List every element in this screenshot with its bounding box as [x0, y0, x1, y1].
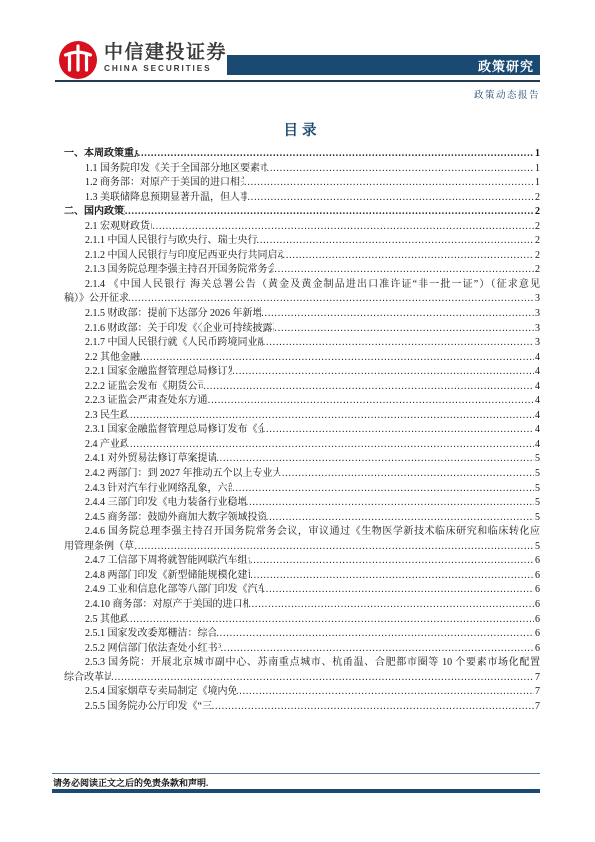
category-bar: 政策研究 — [227, 55, 540, 75]
toc-entry[interactable]: 2.4.3 针对汽车行业网络乱象，六部门联合开展专项整治行动5 — [64, 482, 540, 497]
toc-leader-dots — [152, 220, 534, 235]
toc-leader-dots — [212, 700, 534, 715]
toc-entry[interactable]: 2.4.8 两部门印发《新型储能规模化建设专项行动方案（2025-2027 年）… — [64, 569, 540, 584]
toc-entry-text: 2.5.2 网信部门依法查处小红书平台破坏网络生态案件 — [64, 642, 221, 657]
toc-page-number: 1 — [534, 147, 540, 162]
toc-entry[interactable]: 2.5 其他政策6 — [64, 613, 540, 628]
toc-entry-text: 综合改革试点 — [64, 671, 111, 686]
toc-entry-text: 2.4.4 三部门印发《电力装备行业稳增长工作方案（2025—2026 年）》 — [64, 496, 246, 511]
toc-page-number: 4 — [534, 394, 540, 409]
toc-entry[interactable]: 2.4.6 国务院总理李强主持召开国务院常务会议，审议通过《生物医学新技术临床研… — [64, 525, 540, 540]
toc-entry[interactable]: 2.3.1 国家金融监督管理总局修订发布《金融机构消费者权益保护监管评价办法》4 — [64, 423, 540, 438]
company-logo: 中信建投证券 CHINA SECURITIES — [58, 40, 227, 80]
toc-page-number: 6 — [534, 613, 540, 628]
toc-page-number: 7 — [534, 700, 540, 715]
toc-entry-text: 2.4 产业政策 — [64, 438, 127, 453]
toc-leader-dots — [208, 394, 534, 409]
toc-leader-dots — [127, 613, 534, 628]
toc-leader-dots — [128, 292, 534, 307]
toc-entry[interactable]: 2.2.1 国家金融监督管理总局修订发布《信托公司管理办法》4 — [64, 365, 540, 380]
toc-entry[interactable]: 2.4.9 工业和信息化部等八部门印发《汽车行业稳增长工作方案(2025—202… — [64, 583, 540, 598]
toc-leader-dots — [248, 598, 534, 613]
toc-entry[interactable]: 稿）》公开征求意见3 — [64, 292, 540, 307]
toc-entry-text: 2.2 其他金融政策 — [64, 351, 140, 366]
toc-page-number: 4 — [534, 365, 540, 380]
toc-entry[interactable]: 2.4 产业政策4 — [64, 438, 540, 453]
toc-entry[interactable]: 二、国内政策要闻2 — [64, 205, 540, 220]
toc-leader-dots — [244, 176, 534, 191]
toc-page-number: 4 — [534, 438, 540, 453]
toc-leader-dots — [127, 438, 534, 453]
toc-page-number: 2 — [534, 263, 540, 278]
toc-page-number: 1 — [534, 176, 540, 191]
toc-leader-dots — [127, 409, 534, 424]
toc-entry[interactable]: 2.4.10 商务部：对原产于美国的进口相关模拟芯片发起反倾销立案调查6 — [64, 598, 540, 613]
toc-page-number: 5 — [534, 452, 540, 467]
toc-leader-dots — [283, 249, 534, 264]
toc-leader-dots — [247, 191, 534, 206]
toc-entry[interactable]: 2.4.2 两部门：到 2027 年推动五个以上专业大模型在电网、发电、煤炭、油… — [64, 467, 540, 482]
toc-entry-text: 2.1.7 中国人民银行就《人民币跨境同业融资业务有关事宜的通知》公开征求意见 — [64, 336, 263, 351]
toc-entry-text: 2.1.2 中国人民银行与印度尼西亚央行共同启动双边交易本币结算框架和二维码互联… — [64, 249, 283, 264]
footer-bottom-rule — [52, 789, 540, 793]
toc-page-number: 6 — [534, 642, 540, 657]
toc-page-number: 6 — [534, 627, 540, 642]
toc-entry[interactable]: 综合改革试点7 — [64, 671, 540, 686]
toc-leader-dots — [138, 147, 534, 162]
toc-leader-dots — [135, 540, 534, 555]
toc-entry[interactable]: 2.2.3 证监会严肃查处东方通严重财务造假案件4 — [64, 394, 540, 409]
toc-entry-text: 1.3 美联储降息预期显著升温，但人事卡位战给 9 月议息会议增添变数 — [64, 191, 247, 206]
toc-entry[interactable]: 2.5.4 国家烟草专卖局制定《境内免税市场烟草制品管理办法》7 — [64, 685, 540, 700]
toc-page-number: 2 — [534, 191, 540, 206]
toc-page-number: 4 — [534, 380, 540, 395]
toc-entry[interactable]: 1.3 美联储降息预期显著升温，但人事卡位战给 9 月议息会议增添变数2 — [64, 191, 540, 206]
toc-leader-dots — [263, 336, 534, 351]
toc-entry[interactable]: 2.4.1 对外贸易法修订草案提请全国人大常委会审议5 — [64, 452, 540, 467]
toc-page-number: 4 — [534, 351, 540, 366]
toc-entry-text: 2.2.2 证监会发布《期货公司分类评价规定》 — [64, 380, 203, 395]
toc-entry[interactable]: 2.2.2 证监会发布《期货公司分类评价规定》4 — [64, 380, 540, 395]
toc-entry-text: 2.4.2 两部门：到 2027 年推动五个以上专业大模型在电网、发电、煤炭、油… — [64, 467, 279, 482]
toc-entry[interactable]: 2.5.1 国家发改委郑栅洁：综合整治无序非理性竞争6 — [64, 627, 540, 642]
toc-leader-dots — [263, 423, 534, 438]
toc-entry[interactable]: 2.4.7 工信部下周将就智能网联汽车组合驾驶辅助系统标准公开征求意见6 — [64, 554, 540, 569]
toc-entry[interactable]: 2.1.3 国务院总理李强主持召开国务院常务会议，部署进一步促进民间投资发展的若… — [64, 263, 540, 278]
toc-entry[interactable]: 一、本周政策重点聚焦1 — [64, 147, 540, 162]
toc-leader-dots — [140, 351, 534, 366]
toc-entry-text: 2.1.5 财政部：提前下达部分 2026 年新增地方政府债务限额，靠前使用化债… — [64, 307, 261, 322]
toc-page-number: 6 — [534, 598, 540, 613]
toc-title: 目录 — [64, 119, 540, 140]
toc-entry[interactable]: 2.1.5 财政部：提前下达部分 2026 年新增地方政府债务限额，靠前使用化债… — [64, 307, 540, 322]
toc-entry-text: 2.4.7 工信部下周将就智能网联汽车组合驾驶辅助系统标准公开征求意见 — [64, 554, 250, 569]
toc-page-number: 3 — [534, 292, 540, 307]
toc-entry-text: 2.4.9 工业和信息化部等八部门印发《汽车行业稳增长工作方案(2025—202… — [64, 583, 263, 598]
toc-page-number: 5 — [534, 467, 540, 482]
toc-page-number: 2 — [534, 249, 540, 264]
toc-entry[interactable]: 2.1.4 《中国人民银行 海关总署公告（黄金及黄金制品进出口准许证“非一批一证… — [64, 278, 540, 293]
toc-leader-dots — [274, 322, 534, 337]
toc-page-number: 5 — [534, 482, 540, 497]
toc-page-number: 6 — [534, 583, 540, 598]
toc-entry-text: 二、国内政策要闻 — [64, 205, 125, 220]
toc-entry-text: 2.2.1 国家金融监督管理总局修订发布《信托公司管理办法》 — [64, 365, 232, 380]
toc-page-number: 4 — [534, 409, 540, 424]
toc-page-number: 2 — [534, 220, 540, 235]
toc-leader-dots — [232, 482, 534, 497]
footer-disclaimer: 请务必阅读正文之后的免责条款和声明. — [53, 776, 208, 789]
toc-entry-text: 2.1.6 财政部：关于印发《〈企业可持续披露准则——基本准则（试行）〉应用指南… — [64, 322, 274, 337]
toc-entry[interactable]: 1.2 商务部：对原产于美国的进口相关模拟芯片发起反倾销立案调查1 — [64, 176, 540, 191]
company-name-en: CHINA SECURITIES — [104, 63, 227, 74]
toc-entry-text: 1.2 商务部：对原产于美国的进口相关模拟芯片发起反倾销立案调查 — [64, 176, 244, 191]
toc-page-number: 5 — [534, 540, 540, 555]
toc-page-number: 2 — [534, 205, 540, 220]
toc-leader-dots — [274, 263, 534, 278]
toc-entry[interactable]: 2.1.1 中国人民银行与欧央行、瑞士央行、匈牙利央行续签双边本币互换协议2 — [64, 234, 540, 249]
toc-page-number: 7 — [534, 685, 540, 700]
company-logo-icon — [58, 40, 98, 80]
toc-page-number: 7 — [534, 671, 540, 686]
toc-entry-text: 2.4.3 针对汽车行业网络乱象，六部门联合开展专项整治行动 — [64, 482, 232, 497]
toc-page-number: 2 — [534, 234, 540, 249]
toc-leader-dots — [232, 365, 534, 380]
toc-entry[interactable]: 2.3 民生政策4 — [64, 409, 540, 424]
toc-entry[interactable]: 2.1.6 财政部：关于印发《〈企业可持续披露准则——基本准则（试行）〉应用指南… — [64, 322, 540, 337]
toc-leader-dots — [279, 467, 534, 482]
toc-entry-text: 稿）》公开征求意见 — [64, 292, 128, 307]
toc-entry-text: 2.5.5 国务院办公厅印发《“三北”工程总体规划》 — [64, 700, 212, 715]
toc-leader-dots — [246, 496, 534, 511]
toc-entry-text: 2.4.5 商务部：鼓励外商加大数字领域投资，推动电信、互联网等领域有序扩大开放 — [64, 511, 266, 526]
toc-list: 一、本周政策重点聚焦11.1 国务院印发《关于全国部分地区要素市场化配置综合改革… — [64, 147, 540, 714]
toc-entry[interactable]: 2.1 宏观财政货币政策2 — [64, 220, 540, 235]
toc-leader-dots — [236, 685, 534, 700]
toc-leader-dots — [263, 583, 535, 598]
toc-entry[interactable]: 2.4.4 三部门印发《电力装备行业稳增长工作方案（2025—2026 年）》5 — [64, 496, 540, 511]
toc-leader-dots — [216, 452, 534, 467]
toc-page-number: 5 — [534, 511, 540, 526]
toc-entry[interactable]: 2.5.2 网信部门依法查处小红书平台破坏网络生态案件6 — [64, 642, 540, 657]
toc-leader-dots — [250, 554, 534, 569]
toc-entry-text: 2.1.3 国务院总理李强主持召开国务院常务会议，部署进一步促进民间投资发展的若… — [64, 263, 274, 278]
toc-entry-text: 一、本周政策重点聚焦 — [64, 147, 138, 162]
toc-entry-text: 2.5.4 国家烟草专卖局制定《境内免税市场烟草制品管理办法》 — [64, 685, 236, 700]
toc-leader-dots — [216, 627, 534, 642]
toc-leader-dots — [125, 205, 534, 220]
toc-entry-text: 2.5 其他政策 — [64, 613, 127, 628]
toc-leader-dots — [257, 234, 534, 249]
toc-leader-dots — [250, 569, 534, 584]
toc-page-number: 6 — [534, 569, 540, 584]
toc-entry[interactable]: 2.4.5 商务部：鼓励外商加大数字领域投资，推动电信、互联网等领域有序扩大开放… — [64, 511, 540, 526]
toc-leader-dots — [267, 162, 534, 177]
toc-entry-text: 2.4.8 两部门印发《新型储能规模化建设专项行动方案（2025-2027 年）… — [64, 569, 250, 584]
toc-page-number: 6 — [534, 554, 540, 569]
toc-entry[interactable]: 2.1.7 中国人民银行就《人民币跨境同业融资业务有关事宜的通知》公开征求意见3 — [64, 336, 540, 351]
toc-leader-dots — [221, 642, 535, 657]
category-label: 政策研究 — [478, 56, 534, 75]
table-of-contents: 目录 一、本周政策重点聚焦11.1 国务院印发《关于全国部分地区要素市场化配置综… — [64, 119, 540, 714]
toc-entry-text: 2.3 民生政策 — [64, 409, 127, 424]
toc-entry-text: 2.5.1 国家发改委郑栅洁：综合整治无序非理性竞争 — [64, 627, 216, 642]
header-rule — [55, 80, 540, 82]
toc-entry[interactable]: 2.1.2 中国人民银行与印度尼西亚央行共同启动双边交易本币结算框架和二维码互联… — [64, 249, 540, 264]
toc-leader-dots — [111, 671, 534, 686]
toc-leader-dots — [203, 380, 534, 395]
toc-entry-text: 2.1 宏观财政货币政策 — [64, 220, 152, 235]
toc-entry[interactable]: 2.2 其他金融政策4 — [64, 351, 540, 366]
report-type-label: 政策动态报告 — [474, 87, 540, 101]
toc-entry[interactable]: 1.1 国务院印发《关于全国部分地区要素市场化配置综合改革试点实施方案的批复》1 — [64, 162, 540, 177]
toc-leader-dots — [266, 511, 534, 526]
toc-leader-dots — [261, 307, 534, 322]
toc-entry-text: 2.4.10 商务部：对原产于美国的进口相关模拟芯片发起反倾销立案调查 — [64, 598, 248, 613]
toc-entry-text: 2.4.1 对外贸易法修订草案提请全国人大常委会审议 — [64, 452, 216, 467]
toc-page-number: 4 — [534, 423, 540, 438]
toc-entry-text: 1.1 国务院印发《关于全国部分地区要素市场化配置综合改革试点实施方案的批复》 — [64, 162, 267, 177]
toc-page-number: 3 — [534, 322, 540, 337]
toc-entry[interactable]: 2.5.5 国务院办公厅印发《“三北”工程总体规划》7 — [64, 700, 540, 715]
toc-entry-text: 2.2.3 证监会严肃查处东方通严重财务造假案件 — [64, 394, 208, 409]
toc-entry-text: 2.1.1 中国人民银行与欧央行、瑞士央行、匈牙利央行续签双边本币互换协议 — [64, 234, 257, 249]
toc-page-number: 3 — [534, 336, 540, 351]
toc-entry-text: 用管理条例（草案）》 — [64, 540, 135, 555]
toc-page-number: 5 — [534, 496, 540, 511]
toc-entry[interactable]: 用管理条例（草案）》5 — [64, 540, 540, 555]
toc-page-number: 3 — [534, 307, 540, 322]
toc-entry-text: 2.3.1 国家金融监督管理总局修订发布《金融机构消费者权益保护监管评价办法》 — [64, 423, 263, 438]
toc-entry[interactable]: 2.5.3 国务院：开展北京城市副中心、苏南重点城市、杭甬温、合肥都市圈等 10… — [64, 656, 540, 671]
company-name-cn: 中信建投证券 — [104, 42, 227, 63]
toc-page-number: 1 — [534, 162, 540, 177]
footer-top-rule — [52, 773, 540, 774]
